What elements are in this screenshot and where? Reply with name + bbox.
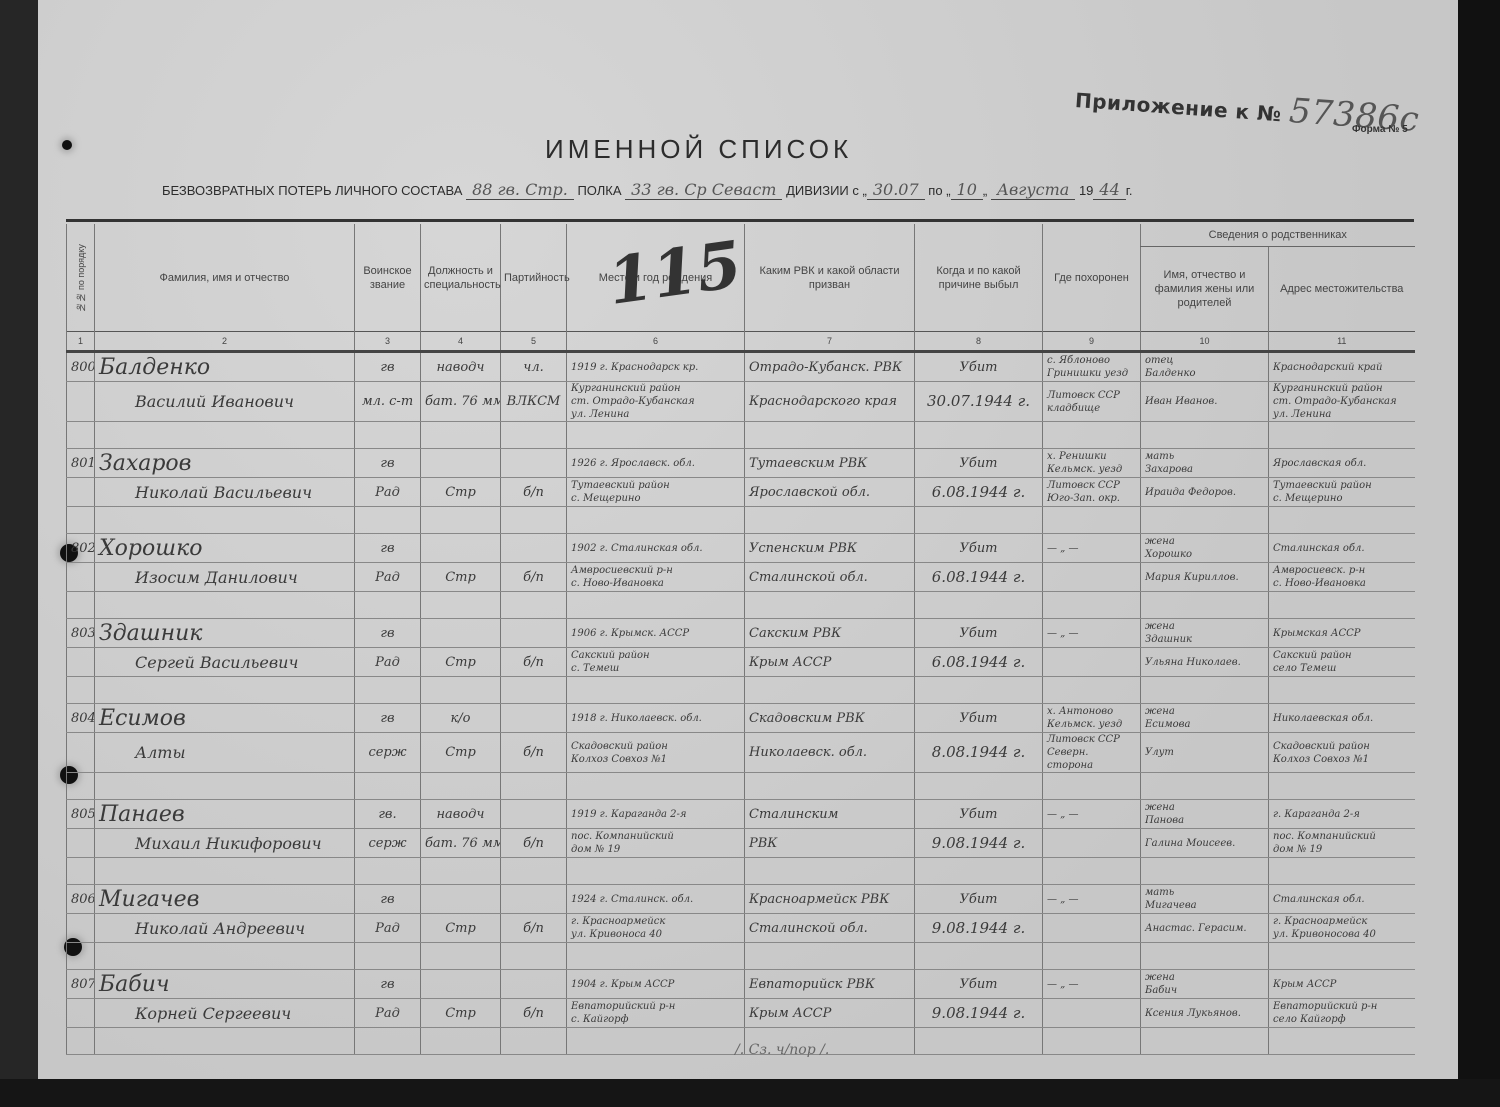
address-line: пос. Компанийский: [1273, 831, 1376, 842]
table-row-spacer: [67, 422, 1415, 449]
spacer-cell: [1141, 773, 1269, 800]
col-num-6: 6: [567, 332, 745, 352]
table-row-spacer: [67, 677, 1415, 704]
reason-date-cell: 6.08.1944 г.: [915, 563, 1043, 592]
name-cell: Корней Сергеевич: [95, 999, 355, 1028]
col-num-9: 9: [1043, 332, 1141, 352]
spacer-cell: [567, 773, 745, 800]
buried-cell: [1043, 563, 1141, 592]
buried-line: Кельмск. уезд: [1047, 464, 1122, 475]
relative-name-cell: Иван Иванов.: [1141, 382, 1269, 422]
spacer-cell: [567, 677, 745, 704]
spacer-cell: [1043, 943, 1141, 970]
relative-cell: женаЕсимова: [1141, 704, 1269, 733]
party-cell: б/п: [501, 478, 567, 507]
regiment-label: ПОЛКА: [577, 183, 621, 198]
relative-name-cell: Ульяна Николаев.: [1141, 648, 1269, 677]
division-value: 33 гв. Ср Севаст: [625, 180, 782, 200]
buried-line: — „ —: [1047, 894, 1079, 905]
spacer-cell: [501, 858, 567, 885]
row-number: 803: [67, 619, 95, 648]
spacer-cell: [567, 507, 745, 534]
position-cell: наводч: [421, 800, 501, 829]
col-num-1: 1: [67, 332, 95, 352]
rank-cell: Рад: [355, 999, 421, 1028]
party-cell: [501, 704, 567, 733]
spacer-cell: [915, 1028, 1043, 1055]
buried-cell: х. АнтоновоКельмск. уезд: [1043, 704, 1141, 733]
rank-cell: гв: [355, 619, 421, 648]
rvk-cell: РВК: [745, 829, 915, 858]
spacer-cell: [501, 773, 567, 800]
buried-line: Кельмск. уезд: [1047, 719, 1122, 730]
row-number-blank: [67, 382, 95, 422]
row-number-blank: [67, 733, 95, 773]
spacer-cell: [355, 507, 421, 534]
birth-line: Амвросиевский р-н: [571, 565, 673, 576]
party-cell: [501, 619, 567, 648]
relative-type: отец: [1145, 355, 1173, 366]
spacer-cell: [355, 422, 421, 449]
address-cell: Скадовский районКолхоз Совхоз №1: [1269, 733, 1415, 773]
party-cell: чл.: [501, 352, 567, 382]
buried-line: — „ —: [1047, 628, 1079, 639]
birth-cell: Сакский районс. Темеш: [567, 648, 745, 677]
spacer-cell: [745, 507, 915, 534]
losses-table: №№ по порядку Фамилия, имя и отчество Во…: [66, 224, 1415, 1055]
col-header-3: Воинское звание: [355, 224, 421, 332]
buried-cell: [1043, 648, 1141, 677]
birth-cell: 1906 г. Крымск. АССР: [567, 619, 745, 648]
address-line: дом № 19: [1273, 844, 1322, 855]
rank-cell: мл. с-т: [355, 382, 421, 422]
relative-type: мать: [1145, 451, 1174, 462]
buried-cell: Литовск ССРСеверн. сторона: [1043, 733, 1141, 773]
party-cell: б/п: [501, 563, 567, 592]
birth-line: Сакский район: [571, 650, 650, 661]
rvk-cell: Скадовским РВК: [745, 704, 915, 733]
position-cell: [421, 885, 501, 914]
spacer-cell: [1269, 858, 1415, 885]
date-to-label: по: [928, 183, 942, 198]
address-line: Курганинский район: [1273, 383, 1383, 394]
spacer-cell: [67, 943, 95, 970]
scan-edge-bottom: [0, 1079, 1500, 1107]
spacer-cell: [1269, 507, 1415, 534]
form-number: Форма № 5: [1352, 124, 1408, 135]
spacer-cell: [1043, 507, 1141, 534]
spacer-cell: [95, 677, 355, 704]
spacer-cell: [67, 507, 95, 534]
surname-cell: Балденко: [95, 352, 355, 382]
spacer-cell: [1043, 422, 1141, 449]
birth-cell: 1924 г. Сталинск. обл.: [567, 885, 745, 914]
rank-cell: серж: [355, 733, 421, 773]
spacer-cell: [567, 858, 745, 885]
birth-line: с. Мещерино: [571, 493, 641, 504]
party-cell: [501, 885, 567, 914]
spacer-cell: [1141, 677, 1269, 704]
row-number-blank: [67, 999, 95, 1028]
address-line: ул. Ленина: [1273, 409, 1331, 420]
address-line: Евпаторийский р-н: [1273, 1001, 1377, 1012]
col-num-8: 8: [915, 332, 1043, 352]
birth-line: ул. Кривоноса 40: [571, 929, 662, 940]
spacer-cell: [421, 507, 501, 534]
rank-cell: Рад: [355, 478, 421, 507]
relative-surname: Хорошко: [1145, 549, 1192, 560]
party-cell: б/п: [501, 648, 567, 677]
row-number-blank: [67, 829, 95, 858]
relative-surname: Захарова: [1145, 464, 1193, 475]
birth-cell: 1926 г. Ярославск. обл.: [567, 449, 745, 478]
row-number: 807: [67, 970, 95, 999]
buried-line: Литовск ССР: [1047, 480, 1120, 491]
spacer-cell: [915, 943, 1043, 970]
spacer-cell: [67, 422, 95, 449]
birth-cell: Курганинский районст. Отрадо-Кубанскаяул…: [567, 382, 745, 422]
party-cell: б/п: [501, 829, 567, 858]
address-cell: Ярославская обл.: [1269, 449, 1415, 478]
buried-cell: с. ЯблоновоГринишки уезд: [1043, 352, 1141, 382]
rvk-cell: Крым АССР: [745, 999, 915, 1028]
position-cell: [421, 619, 501, 648]
relative-type: жена: [1145, 621, 1175, 632]
birth-cell: Амвросиевский р-нс. Ново-Ивановка: [567, 563, 745, 592]
buried-line: х. Антоново: [1047, 706, 1113, 717]
spacer-cell: [501, 422, 567, 449]
surname-cell: Панаев: [95, 800, 355, 829]
buried-cell: — „ —: [1043, 970, 1141, 999]
spacer-cell: [915, 773, 1043, 800]
spacer-cell: [1141, 1028, 1269, 1055]
spacer-cell: [567, 1028, 745, 1055]
address-cell: Сталинская обл.: [1269, 885, 1415, 914]
position-cell: Стр: [421, 914, 501, 943]
spacer-cell: [67, 592, 95, 619]
spacer-cell: [915, 507, 1043, 534]
party-cell: б/п: [501, 999, 567, 1028]
col-num-3: 3: [355, 332, 421, 352]
reason-date-cell: 9.08.1944 г.: [915, 999, 1043, 1028]
rank-cell: гв: [355, 352, 421, 382]
spacer-cell: [1269, 943, 1415, 970]
buried-cell: х. РенишкиКельмск. уезд: [1043, 449, 1141, 478]
table-row-line-2: Корней СергеевичРадСтрб/пЕвпаторийский р…: [67, 999, 1415, 1028]
address-line: Сакский район: [1273, 650, 1352, 661]
spacer-cell: [67, 773, 95, 800]
table-row-line-1: 806Мигачевгв1924 г. Сталинск. обл.Красно…: [67, 885, 1415, 914]
footer-note: /. Сз. ч/пор /.: [735, 1042, 829, 1058]
birth-line: с. Темеш: [571, 663, 619, 674]
surname-cell: Есимов: [95, 704, 355, 733]
relative-name-cell: Ираида Федоров.: [1141, 478, 1269, 507]
buried-cell: [1043, 914, 1141, 943]
spacer-cell: [421, 677, 501, 704]
spacer-cell: [95, 858, 355, 885]
rvk-cell: Ярославской обл.: [745, 478, 915, 507]
spacer-cell: [67, 858, 95, 885]
rvk-cell: Евпаторийск РВК: [745, 970, 915, 999]
address-line: Скадовский район: [1273, 741, 1370, 752]
address-line: ст. Отрадо-Кубанская: [1273, 396, 1397, 407]
row-number-blank: [67, 648, 95, 677]
position-cell: наводч: [421, 352, 501, 382]
col-num-10: 10: [1141, 332, 1269, 352]
relative-cell: матьЗахарова: [1141, 449, 1269, 478]
address-line: г. Красноармейск: [1273, 916, 1367, 927]
position-cell: [421, 970, 501, 999]
address-cell: Евпаторийский р-нсело Кайгорф: [1269, 999, 1415, 1028]
spacer-cell: [501, 507, 567, 534]
address-line: село Кайгорф: [1273, 1014, 1346, 1025]
spacer-cell: [421, 773, 501, 800]
rvk-cell: Крым АССР: [745, 648, 915, 677]
relative-cell: женаЗдашник: [1141, 619, 1269, 648]
position-cell: к/о: [421, 704, 501, 733]
table-row-line-1: 801Захаровгв1926 г. Ярославск. обл.Тутае…: [67, 449, 1415, 478]
col-header-11: Адрес местожительства: [1269, 247, 1415, 332]
buried-cell: — „ —: [1043, 800, 1141, 829]
spacer-cell: [1043, 592, 1141, 619]
birth-line: с. Ново-Ивановка: [571, 578, 664, 589]
rvk-cell: Николаевск. обл.: [745, 733, 915, 773]
spacer-cell: [355, 677, 421, 704]
birth-line: Тутаевский район: [571, 480, 670, 491]
reason-cell: Убит: [915, 534, 1043, 563]
spacer-cell: [745, 858, 915, 885]
spacer-cell: [1141, 592, 1269, 619]
party-cell: [501, 534, 567, 563]
party-cell: б/п: [501, 733, 567, 773]
relative-name-cell: Галина Моисеев.: [1141, 829, 1269, 858]
col-num-2: 2: [95, 332, 355, 352]
year-suffix: г.: [1126, 183, 1133, 198]
spacer-cell: [355, 773, 421, 800]
col-header-2: Фамилия, имя и отчество: [95, 224, 355, 332]
table-row-line-2: Михаил Никифоровичсержбат. 76 ммб/ппос. …: [67, 829, 1415, 858]
rank-cell: серж: [355, 829, 421, 858]
spacer-cell: [501, 1028, 567, 1055]
spacer-cell: [1043, 677, 1141, 704]
birth-line: ул. Ленина: [571, 409, 629, 420]
party-cell: ВЛКСМ: [501, 382, 567, 422]
spacer-cell: [421, 858, 501, 885]
relative-surname: Здашник: [1145, 634, 1192, 645]
col-header-1: №№ по порядку: [67, 224, 95, 332]
row-number: 804: [67, 704, 95, 733]
reason-cell: Убит: [915, 352, 1043, 382]
relative-surname: Балденко: [1145, 368, 1196, 379]
reason-cell: Убит: [915, 704, 1043, 733]
spacer-cell: [501, 677, 567, 704]
rank-cell: гв: [355, 449, 421, 478]
table-row-line-2: Изосим ДаниловичРадСтрб/пАмвросиевский р…: [67, 563, 1415, 592]
rank-cell: Рад: [355, 914, 421, 943]
spacer-cell: [567, 943, 745, 970]
row-number-blank: [67, 914, 95, 943]
buried-line: — „ —: [1047, 809, 1079, 820]
spacer-cell: [501, 592, 567, 619]
rvk-cell: Отрадо-Кубанск. РВК: [745, 352, 915, 382]
address-cell: Николаевская обл.: [1269, 704, 1415, 733]
reason-date-cell: 6.08.1944 г.: [915, 648, 1043, 677]
col-num-11: 11: [1269, 332, 1415, 352]
spacer-cell: [1043, 858, 1141, 885]
buried-line: — „ —: [1047, 543, 1079, 554]
spacer-cell: [915, 858, 1043, 885]
birth-cell: Тутаевский районс. Мещерино: [567, 478, 745, 507]
table-row-spacer: [67, 773, 1415, 800]
spacer-cell: [95, 1028, 355, 1055]
spacer-cell: [915, 422, 1043, 449]
name-cell: Николай Андреевич: [95, 914, 355, 943]
buried-cell: — „ —: [1043, 885, 1141, 914]
buried-line: кладбище: [1047, 403, 1100, 414]
spacer-cell: [567, 422, 745, 449]
address-cell: Тутаевский районс. Мещерино: [1269, 478, 1415, 507]
spacer-cell: [1141, 507, 1269, 534]
address-cell: Крымская АССР: [1269, 619, 1415, 648]
birth-cell: 1919 г. Краснодарск кр.: [567, 352, 745, 382]
relative-type: жена: [1145, 972, 1175, 983]
birth-line: ст. Отрадо-Кубанская: [571, 396, 695, 407]
spacer-cell: [1269, 1028, 1415, 1055]
relative-name-cell: Мария Кириллов.: [1141, 563, 1269, 592]
surname-cell: Здашник: [95, 619, 355, 648]
rank-cell: Рад: [355, 648, 421, 677]
buried-line: — „ —: [1047, 979, 1079, 990]
table-row-line-1: 803Здашникгв1906 г. Крымск. АССРСакским …: [67, 619, 1415, 648]
reason-cell: Убит: [915, 885, 1043, 914]
subtitle-prefix: БЕЗВОЗВРАТНЫХ ПОТЕРЬ ЛИЧНОГО СОСТАВА: [162, 183, 462, 198]
surname-cell: Захаров: [95, 449, 355, 478]
spacer-cell: [1043, 1028, 1141, 1055]
birth-cell: пос. Компанийскийдом № 19: [567, 829, 745, 858]
regiment-value: 88 гв. Стр.: [466, 180, 574, 200]
address-cell: г. Красноармейскул. Кривоносова 40: [1269, 914, 1415, 943]
name-cell: Изосим Данилович: [95, 563, 355, 592]
name-cell: Алты: [95, 733, 355, 773]
spacer-cell: [67, 677, 95, 704]
table-row-line-1: 805Панаевгв.наводч1919 г. Караганда 2-яС…: [67, 800, 1415, 829]
reason-date-cell: 30.07.1944 г.: [915, 382, 1043, 422]
address-line: Тутаевский район: [1273, 480, 1372, 491]
party-cell: б/п: [501, 914, 567, 943]
buried-cell: Литовск ССРкладбище: [1043, 382, 1141, 422]
relative-type: мать: [1145, 887, 1174, 898]
position-cell: бат. 76 мм: [421, 382, 501, 422]
relative-type: жена: [1145, 802, 1175, 813]
relative-name-cell: Анастас. Герасим.: [1141, 914, 1269, 943]
scan-edge-left: [0, 0, 38, 1107]
birth-cell: Евпаторийский р-нс. Кайгорф: [567, 999, 745, 1028]
position-cell: Стр: [421, 648, 501, 677]
birth-line: пос. Компанийский: [571, 831, 674, 842]
position-cell: Стр: [421, 478, 501, 507]
reason-date-cell: 8.08.1944 г.: [915, 733, 1043, 773]
rank-cell: Рад: [355, 563, 421, 592]
relative-surname: Есимова: [1145, 719, 1190, 730]
scan-edge-right: [1458, 0, 1500, 1107]
table-row-spacer: [67, 592, 1415, 619]
spacer-cell: [1141, 858, 1269, 885]
row-number: 800: [67, 352, 95, 382]
spacer-cell: [745, 677, 915, 704]
address-cell: Крым АССР: [1269, 970, 1415, 999]
name-cell: Василий Иванович: [95, 382, 355, 422]
spacer-cell: [421, 1028, 501, 1055]
spacer-cell: [421, 422, 501, 449]
buried-cell: — „ —: [1043, 619, 1141, 648]
spacer-cell: [1269, 422, 1415, 449]
buried-cell: [1043, 999, 1141, 1028]
position-cell: [421, 449, 501, 478]
col-num-4: 4: [421, 332, 501, 352]
party-cell: [501, 970, 567, 999]
reason-cell: Убит: [915, 449, 1043, 478]
address-line: с. Ново-Ивановка: [1273, 578, 1366, 589]
birth-cell: Скадовский районКолхоз Совхоз №1: [567, 733, 745, 773]
address-cell: Сталинская обл.: [1269, 534, 1415, 563]
rvk-cell: Успенским РВК: [745, 534, 915, 563]
year-value: 44: [1093, 180, 1125, 200]
col-header-9: Где похоронен: [1043, 224, 1141, 332]
birth-line: Курганинский район: [571, 383, 681, 394]
name-cell: Михаил Никифорович: [95, 829, 355, 858]
col-header-5: Партийность: [501, 224, 567, 332]
row-number-blank: [67, 478, 95, 507]
spacer-cell: [1269, 677, 1415, 704]
table-row-line-2: Николай ВасильевичРадСтрб/пТутаевский ра…: [67, 478, 1415, 507]
spacer-cell: [95, 422, 355, 449]
address-line: Колхоз Совхоз №1: [1273, 754, 1369, 765]
table-row-line-2: Сергей ВасильевичРадСтрб/пСакский районс…: [67, 648, 1415, 677]
reason-date-cell: 9.08.1944 г.: [915, 829, 1043, 858]
surname-cell: Бабич: [95, 970, 355, 999]
birth-cell: 1904 г. Крым АССР: [567, 970, 745, 999]
name-cell: Николай Васильевич: [95, 478, 355, 507]
rvk-cell: Сталинской обл.: [745, 914, 915, 943]
date-to-month: Августа: [991, 180, 1075, 200]
reason-cell: Убит: [915, 800, 1043, 829]
spacer-cell: [745, 943, 915, 970]
date-to-day: 10: [951, 180, 983, 200]
col-header-10: Имя, отчество и фамилия жены или родител…: [1141, 247, 1269, 332]
name-cell: Сергей Васильевич: [95, 648, 355, 677]
document-title: ИМЕННОЙ СПИСОК: [545, 134, 852, 165]
row-number: 805: [67, 800, 95, 829]
relative-type: жена: [1145, 706, 1175, 717]
reason-date-cell: 9.08.1944 г.: [915, 914, 1043, 943]
rvk-cell: Сталинской обл.: [745, 563, 915, 592]
birth-line: г. Красноармейск: [571, 916, 665, 927]
col-header-7: Каким РВК и какой области призван: [745, 224, 915, 332]
row-number: 806: [67, 885, 95, 914]
party-cell: [501, 449, 567, 478]
buried-cell: — „ —: [1043, 534, 1141, 563]
col-num-5: 5: [501, 332, 567, 352]
table-row-line-1: 807Бабичгв1904 г. Крым АССРЕвпаторийск Р…: [67, 970, 1415, 999]
address-cell: Сакский районсело Темеш: [1269, 648, 1415, 677]
table-row-line-2: Василий Ивановичмл. с-тбат. 76 ммВЛКСМКу…: [67, 382, 1415, 422]
reason-cell: Убит: [915, 619, 1043, 648]
address-cell: пос. Компанийскийдом № 19: [1269, 829, 1415, 858]
birth-cell: г. Красноармейскул. Кривоноса 40: [567, 914, 745, 943]
spacer-cell: [915, 677, 1043, 704]
reason-date-cell: 6.08.1944 г.: [915, 478, 1043, 507]
spacer-cell: [67, 1028, 95, 1055]
